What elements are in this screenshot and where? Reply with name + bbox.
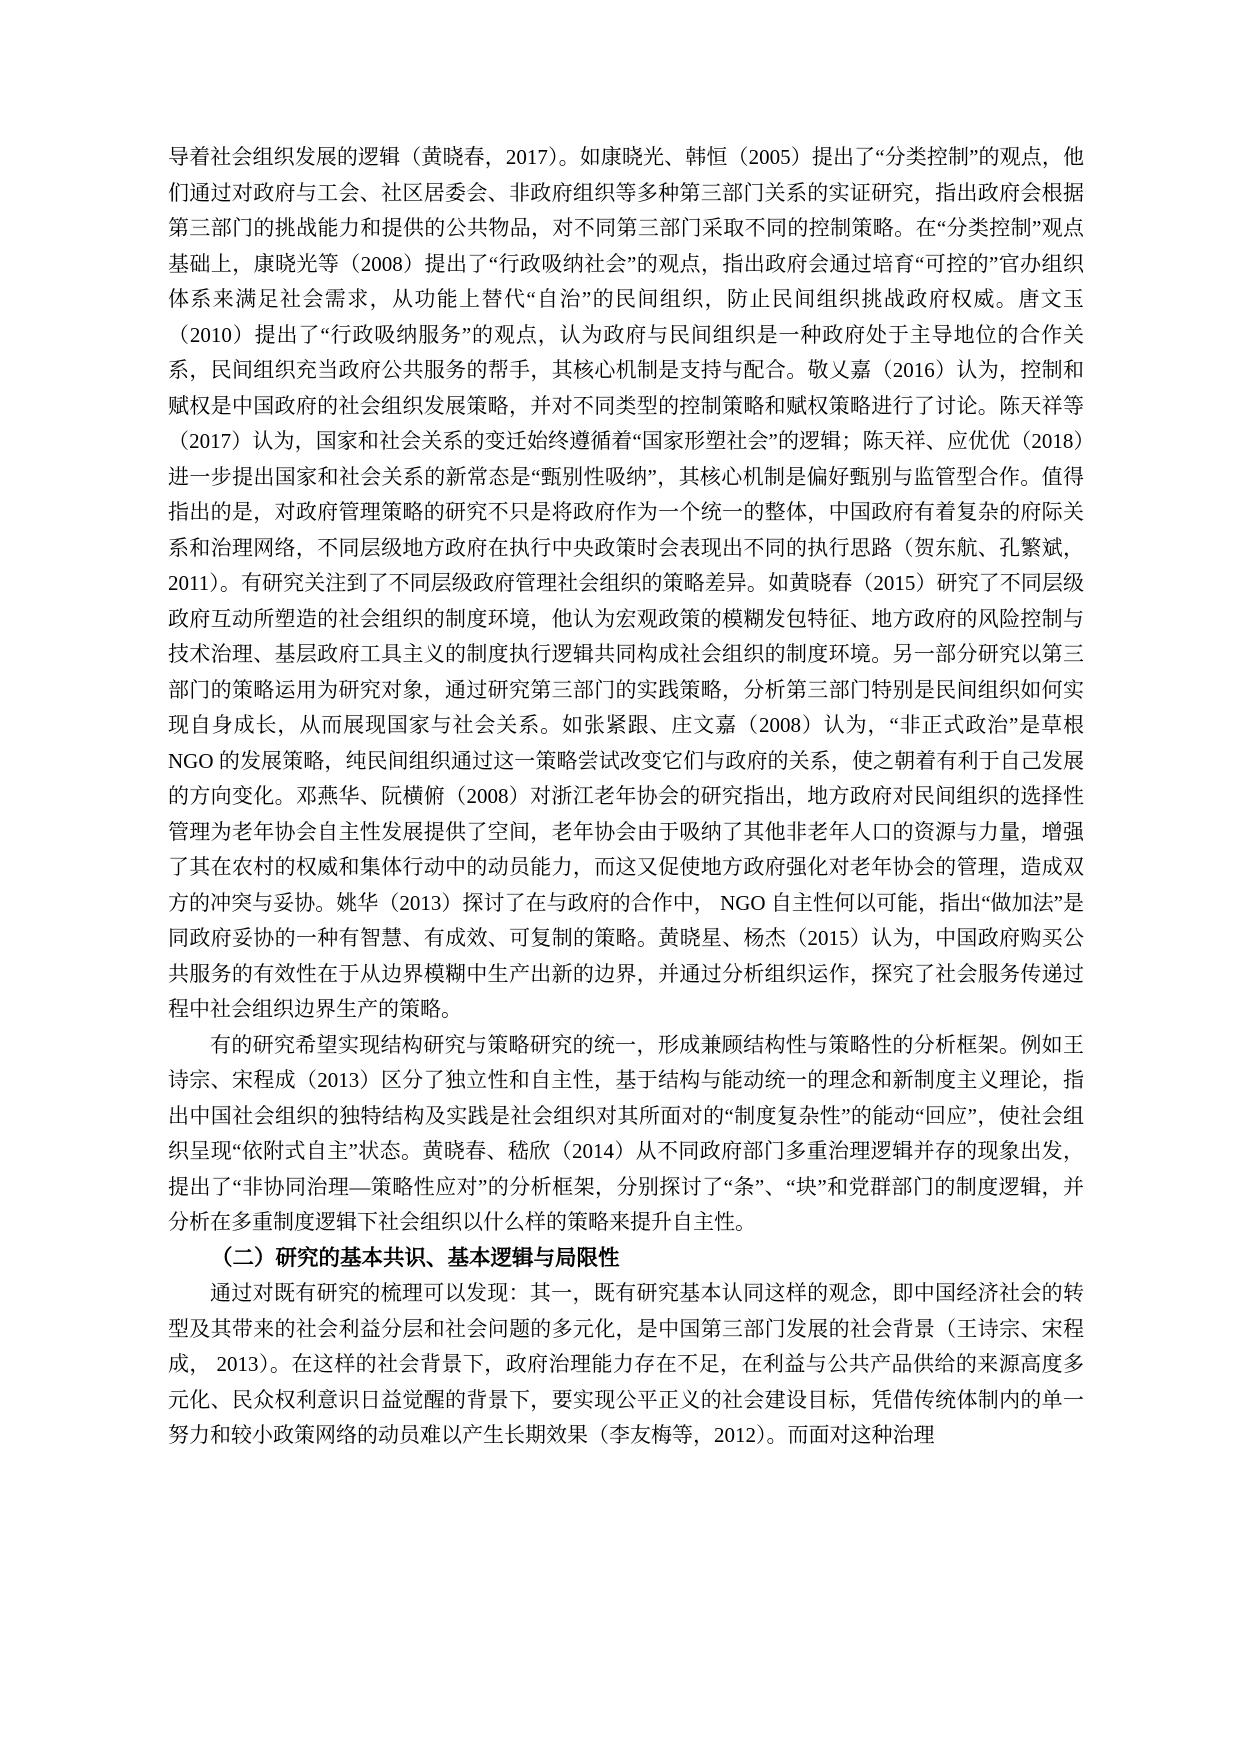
document-page: 导着社会组织发展的逻辑（黄晓春，2017）。如康晓光、韩恒（2005）提出了“分… xyxy=(0,0,1240,1754)
text-column: 导着社会组织发展的逻辑（黄晓春，2017）。如康晓光、韩恒（2005）提出了“分… xyxy=(168,140,1084,1454)
paragraph-basic-consensus: 通过对既有研究的梳理可以发现：其一，既有研究基本认同这样的观念，即中国经济社会的… xyxy=(168,1276,1084,1454)
paragraph-literature-review: 导着社会组织发展的逻辑（黄晓春，2017）。如康晓光、韩恒（2005）提出了“分… xyxy=(168,140,1084,1028)
section-heading-consensus-logic-limitations: （二）研究的基本共识、基本逻辑与局限性 xyxy=(168,1241,1084,1277)
paragraph-structure-strategy-framework: 有的研究希望实现结构研究与策略研究的统一，形成兼顾结构性与策略性的分析框架。例如… xyxy=(168,1028,1084,1241)
